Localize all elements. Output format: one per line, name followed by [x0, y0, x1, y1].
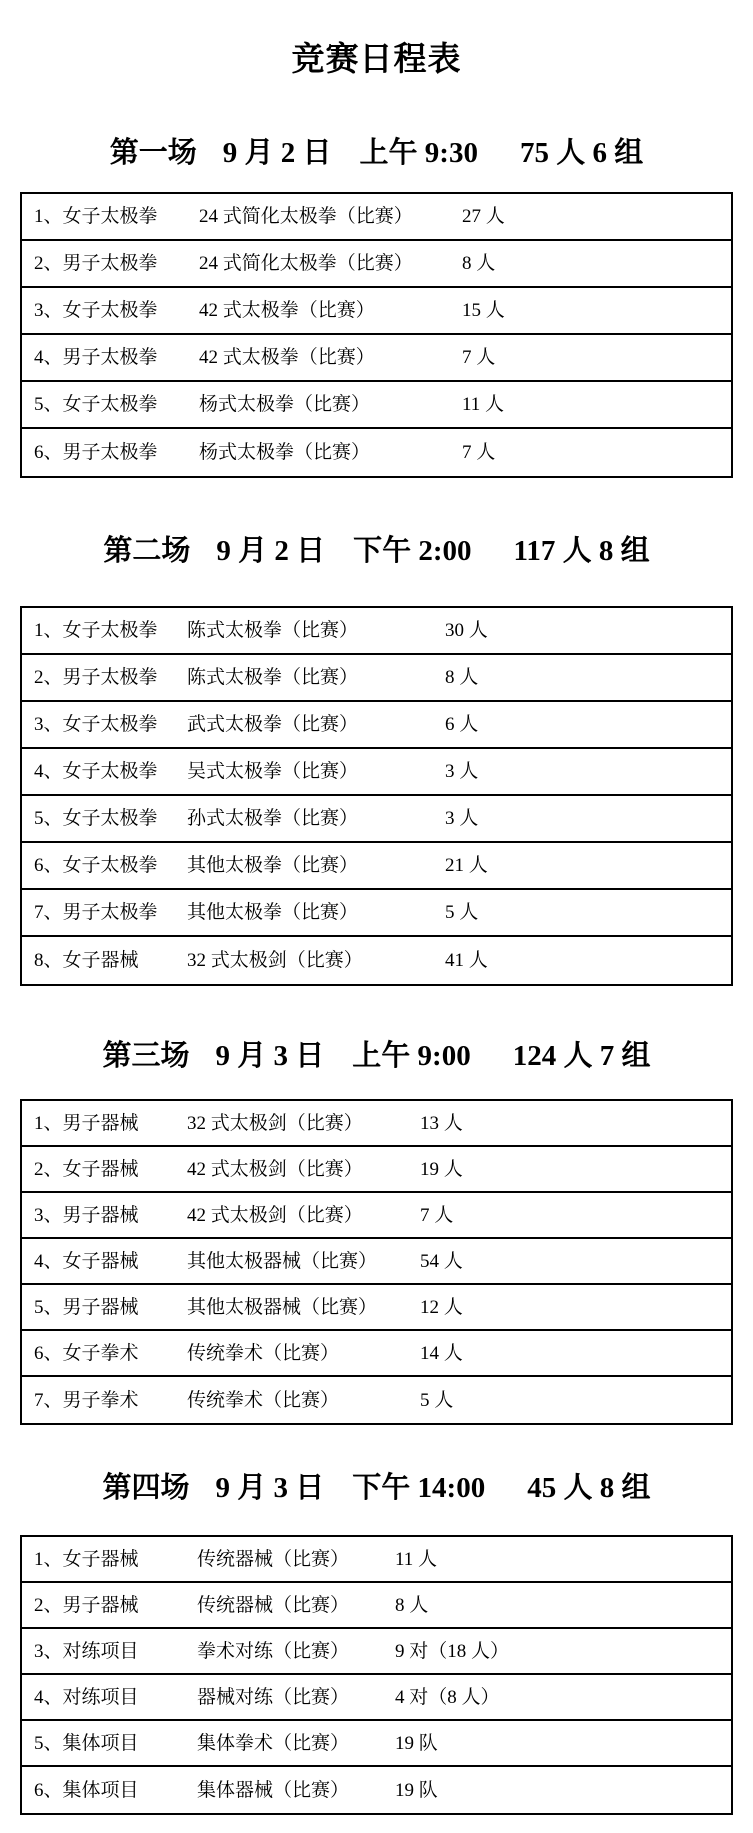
row-event-label: 42 式太极剑（比赛） — [187, 1206, 420, 1225]
row-count-label: 12 人 — [420, 1298, 731, 1317]
row-item-label: 6、男子太极拳 — [34, 443, 199, 462]
row-count-label: 54 人 — [420, 1252, 731, 1271]
table-row: 2、男子器械传统器械（比赛）8 人 — [22, 1583, 731, 1629]
table-row: 2、女子器械42 式太极剑（比赛）19 人 — [22, 1147, 731, 1193]
row-count-label: 8 人 — [445, 668, 731, 687]
row-event-label: 陈式太极拳（比赛） — [187, 668, 445, 687]
row-event-label: 其他太极拳（比赛） — [187, 903, 445, 922]
table-row: 5、男子器械其他太极器械（比赛）12 人 — [22, 1285, 731, 1331]
row-event-label: 传统器械（比赛） — [197, 1550, 395, 1569]
row-item-label: 3、对练项目 — [34, 1642, 197, 1661]
row-count-label: 7 人 — [462, 348, 731, 367]
session-name: 第二场 — [103, 535, 190, 567]
row-item-label: 5、女子太极拳 — [34, 395, 199, 414]
row-count-label: 8 人 — [462, 254, 731, 273]
table-row: 3、女子太极拳武式太极拳（比赛）6 人 — [22, 702, 731, 749]
table-row: 7、男子拳术传统拳术（比赛）5 人 — [22, 1377, 731, 1423]
table-row: 7、男子太极拳其他太极拳（比赛）5 人 — [22, 890, 731, 937]
row-item-label: 1、男子器械 — [34, 1114, 187, 1133]
session-time: 上午 9:00 — [352, 1040, 470, 1072]
row-item-label: 4、男子太极拳 — [34, 348, 199, 367]
table-row: 3、男子器械42 式太极剑（比赛）7 人 — [22, 1193, 731, 1239]
session-name: 第四场 — [103, 1472, 190, 1504]
row-event-label: 24 式简化太极拳（比赛） — [199, 207, 462, 226]
row-count-label: 19 队 — [395, 1781, 731, 1800]
session-4-header: 第四场9 月 3 日下午 14:0045 人 8 组 — [0, 1468, 753, 1508]
table-row: 3、女子太极拳42 式太极拳（比赛）15 人 — [22, 288, 731, 335]
table-row: 6、男子太极拳杨式太极拳（比赛）7 人 — [22, 429, 731, 476]
row-event-label: 武式太极拳（比赛） — [187, 715, 445, 734]
row-count-label: 5 人 — [445, 903, 731, 922]
session-date: 9 月 2 日 — [216, 535, 325, 567]
row-count-label: 3 人 — [445, 809, 731, 828]
row-event-label: 其他太极器械（比赛） — [187, 1252, 420, 1271]
row-count-label: 11 人 — [462, 395, 731, 414]
session-time: 上午 9:30 — [360, 137, 478, 169]
session-3: 第三场9 月 3 日上午 9:00124 人 7 组 1、男子器械32 式太极剑… — [0, 1036, 753, 1425]
table-row: 4、女子太极拳吴式太极拳（比赛）3 人 — [22, 749, 731, 796]
session-4: 第四场9 月 3 日下午 14:0045 人 8 组 1、女子器械传统器械（比赛… — [0, 1468, 753, 1815]
session-summary: 45 人 8 组 — [527, 1472, 650, 1504]
row-item-label: 7、男子拳术 — [34, 1391, 187, 1410]
session-1-table: 1、女子太极拳24 式简化太极拳（比赛）27 人2、男子太极拳24 式简化太极拳… — [20, 192, 733, 478]
row-item-label: 6、集体项目 — [34, 1781, 197, 1800]
row-event-label: 其他太极器械（比赛） — [187, 1298, 420, 1317]
row-event-label: 传统拳术（比赛） — [187, 1344, 420, 1363]
session-name: 第三场 — [103, 1040, 190, 1072]
row-count-label: 13 人 — [420, 1114, 731, 1133]
session-date: 9 月 3 日 — [216, 1040, 325, 1072]
row-item-label: 5、集体项目 — [34, 1734, 197, 1753]
row-item-label: 6、女子拳术 — [34, 1344, 187, 1363]
table-row: 5、女子太极拳孙式太极拳（比赛）3 人 — [22, 796, 731, 843]
session-date: 9 月 3 日 — [216, 1472, 325, 1504]
table-row: 8、女子器械32 式太极剑（比赛）41 人 — [22, 937, 731, 984]
row-event-label: 器械对练（比赛） — [197, 1688, 395, 1707]
row-event-label: 42 式太极拳（比赛） — [199, 348, 462, 367]
row-event-label: 陈式太极拳（比赛） — [187, 621, 445, 640]
row-item-label: 3、女子太极拳 — [34, 715, 187, 734]
row-count-label: 30 人 — [445, 621, 731, 640]
table-row: 1、女子太极拳陈式太极拳（比赛）30 人 — [22, 608, 731, 655]
row-count-label: 8 人 — [395, 1596, 731, 1615]
row-event-label: 42 式太极剑（比赛） — [187, 1160, 420, 1179]
table-row: 6、女子太极拳其他太极拳（比赛）21 人 — [22, 843, 731, 890]
table-row: 4、女子器械其他太极器械（比赛）54 人 — [22, 1239, 731, 1285]
row-count-label: 7 人 — [420, 1206, 731, 1225]
row-item-label: 2、男子太极拳 — [34, 668, 187, 687]
row-count-label: 19 人 — [420, 1160, 731, 1179]
row-item-label: 5、女子太极拳 — [34, 809, 187, 828]
row-count-label: 41 人 — [445, 951, 731, 970]
session-2: 第二场9 月 2 日下午 2:00117 人 8 组 1、女子太极拳陈式太极拳（… — [0, 531, 753, 986]
session-summary: 124 人 7 组 — [513, 1040, 651, 1072]
row-item-label: 1、女子太极拳 — [34, 207, 199, 226]
row-event-label: 32 式太极剑（比赛） — [187, 1114, 420, 1133]
row-item-label: 4、女子太极拳 — [34, 762, 187, 781]
row-event-label: 孙式太极拳（比赛） — [187, 809, 445, 828]
session-1-header: 第一场9 月 2 日上午 9:3075 人 6 组 — [0, 133, 753, 173]
row-event-label: 传统器械（比赛） — [197, 1596, 395, 1615]
row-count-label: 19 队 — [395, 1734, 731, 1753]
row-event-label: 32 式太极剑（比赛） — [187, 951, 445, 970]
session-summary: 75 人 6 组 — [520, 137, 643, 169]
row-count-label: 14 人 — [420, 1344, 731, 1363]
row-event-label: 42 式太极拳（比赛） — [199, 301, 462, 320]
row-item-label: 4、对练项目 — [34, 1688, 197, 1707]
session-time: 下午 14:00 — [352, 1472, 485, 1504]
row-count-label: 3 人 — [445, 762, 731, 781]
table-row: 3、对练项目拳术对练（比赛）9 对（18 人） — [22, 1629, 731, 1675]
row-count-label: 4 对（8 人） — [395, 1688, 731, 1707]
session-2-header: 第二场9 月 2 日下午 2:00117 人 8 组 — [0, 531, 753, 571]
row-event-label: 吴式太极拳（比赛） — [187, 762, 445, 781]
table-row: 2、男子太极拳24 式简化太极拳（比赛）8 人 — [22, 241, 731, 288]
row-item-label: 7、男子太极拳 — [34, 903, 187, 922]
table-row: 4、男子太极拳42 式太极拳（比赛）7 人 — [22, 335, 731, 382]
row-count-label: 5 人 — [420, 1391, 731, 1410]
session-date: 9 月 2 日 — [223, 137, 332, 169]
table-row: 1、女子太极拳24 式简化太极拳（比赛）27 人 — [22, 194, 731, 241]
row-item-label: 1、女子太极拳 — [34, 621, 187, 640]
session-summary: 117 人 8 组 — [514, 535, 650, 567]
row-event-label: 集体器械（比赛） — [197, 1781, 395, 1800]
table-row: 6、女子拳术传统拳术（比赛）14 人 — [22, 1331, 731, 1377]
table-row: 1、男子器械32 式太极剑（比赛）13 人 — [22, 1101, 731, 1147]
row-item-label: 2、女子器械 — [34, 1160, 187, 1179]
row-item-label: 1、女子器械 — [34, 1550, 197, 1569]
row-item-label: 3、女子太极拳 — [34, 301, 199, 320]
schedule-document: 竞赛日程表 第一场9 月 2 日上午 9:3075 人 6 组 1、女子太极拳2… — [0, 0, 753, 1833]
session-3-table: 1、男子器械32 式太极剑（比赛）13 人2、女子器械42 式太极剑（比赛）19… — [20, 1099, 733, 1425]
session-3-header: 第三场9 月 3 日上午 9:00124 人 7 组 — [0, 1036, 753, 1076]
row-item-label: 2、男子器械 — [34, 1596, 197, 1615]
row-item-label: 8、女子器械 — [34, 951, 187, 970]
table-row: 6、集体项目集体器械（比赛）19 队 — [22, 1767, 731, 1813]
row-count-label: 6 人 — [445, 715, 731, 734]
row-event-label: 传统拳术（比赛） — [187, 1391, 420, 1410]
row-item-label: 6、女子太极拳 — [34, 856, 187, 875]
row-event-label: 杨式太极拳（比赛） — [199, 443, 462, 462]
row-count-label: 21 人 — [445, 856, 731, 875]
table-row: 1、女子器械传统器械（比赛）11 人 — [22, 1537, 731, 1583]
session-4-table: 1、女子器械传统器械（比赛）11 人2、男子器械传统器械（比赛）8 人3、对练项… — [20, 1535, 733, 1815]
row-event-label: 其他太极拳（比赛） — [187, 856, 445, 875]
row-item-label: 4、女子器械 — [34, 1252, 187, 1271]
session-2-table: 1、女子太极拳陈式太极拳（比赛）30 人2、男子太极拳陈式太极拳（比赛）8 人3… — [20, 606, 733, 986]
row-item-label: 3、男子器械 — [34, 1206, 187, 1225]
table-row: 2、男子太极拳陈式太极拳（比赛）8 人 — [22, 655, 731, 702]
row-count-label: 27 人 — [462, 207, 731, 226]
row-event-label: 24 式简化太极拳（比赛） — [199, 254, 462, 273]
session-name: 第一场 — [110, 137, 197, 169]
row-item-label: 5、男子器械 — [34, 1298, 187, 1317]
row-count-label: 7 人 — [462, 443, 731, 462]
table-row: 5、女子太极拳杨式太极拳（比赛）11 人 — [22, 382, 731, 429]
session-1: 第一场9 月 2 日上午 9:3075 人 6 组 1、女子太极拳24 式简化太… — [0, 133, 753, 478]
row-event-label: 集体拳术（比赛） — [197, 1734, 395, 1753]
row-count-label: 11 人 — [395, 1550, 731, 1569]
row-item-label: 2、男子太极拳 — [34, 254, 199, 273]
row-count-label: 9 对（18 人） — [395, 1642, 731, 1661]
page-title: 竞赛日程表 — [0, 38, 753, 83]
table-row: 4、对练项目器械对练（比赛）4 对（8 人） — [22, 1675, 731, 1721]
row-event-label: 杨式太极拳（比赛） — [199, 395, 462, 414]
table-row: 5、集体项目集体拳术（比赛）19 队 — [22, 1721, 731, 1767]
row-count-label: 15 人 — [462, 301, 731, 320]
row-event-label: 拳术对练（比赛） — [197, 1642, 395, 1661]
session-time: 下午 2:00 — [353, 535, 471, 567]
